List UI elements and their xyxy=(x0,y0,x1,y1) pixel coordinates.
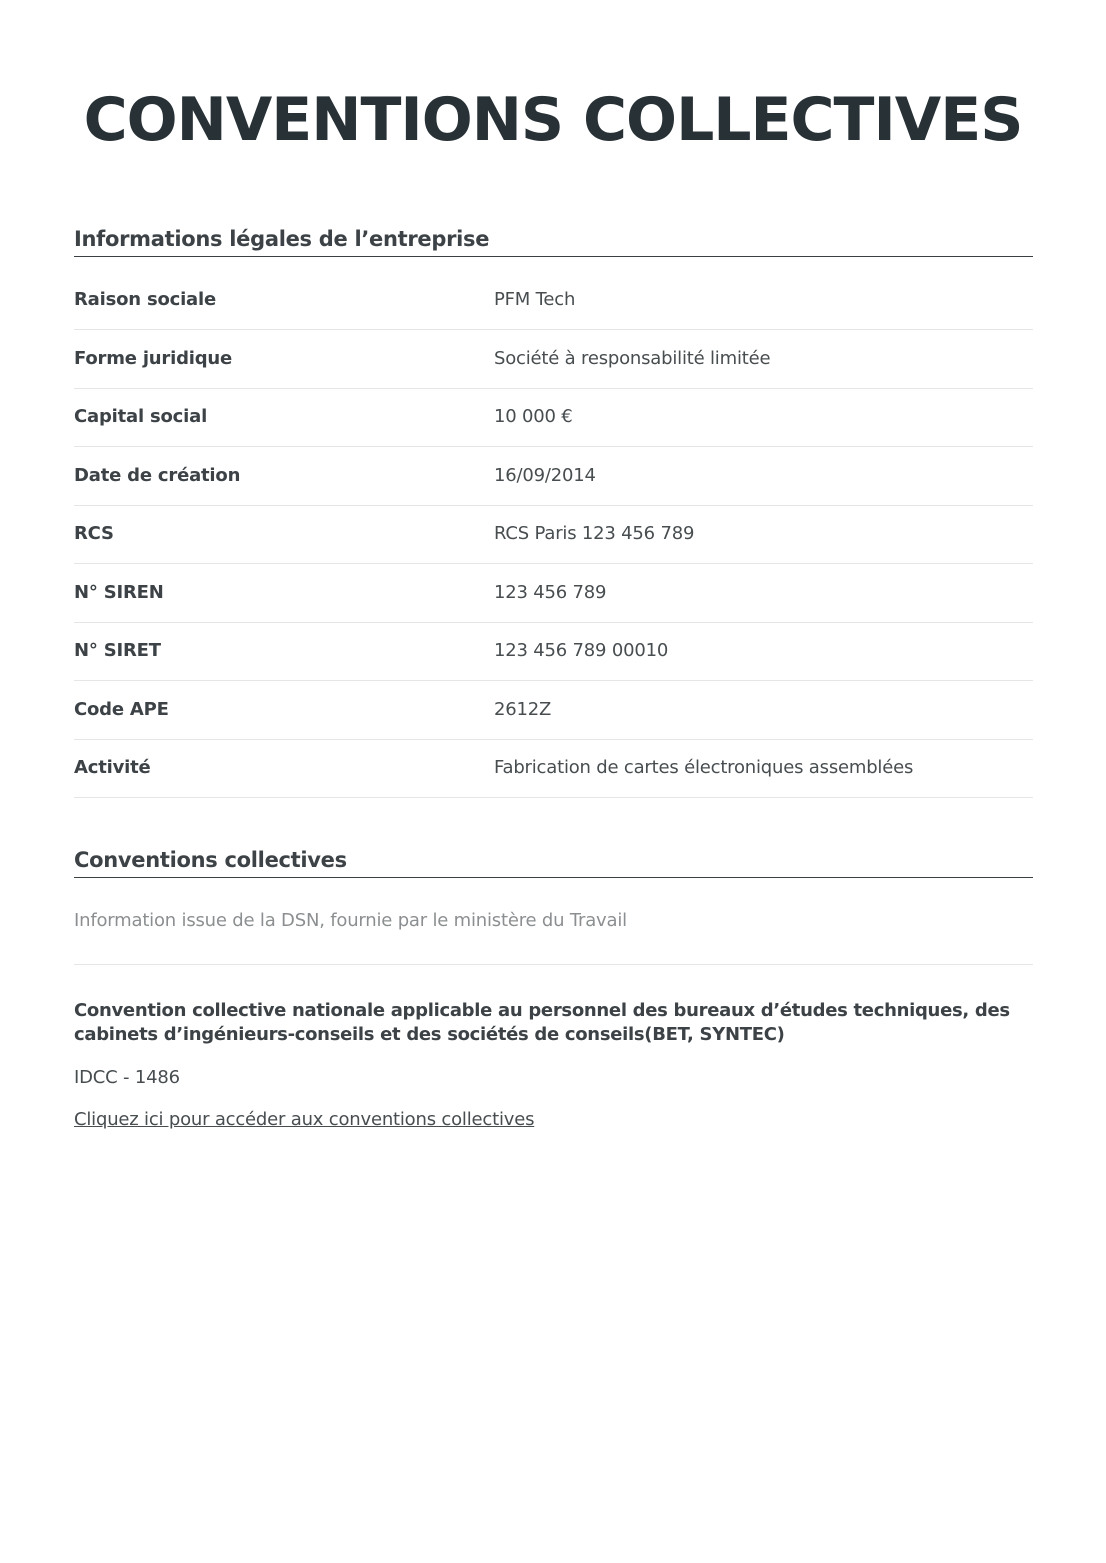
table-row-siret: N° SIRET 123 456 789 00010 xyxy=(74,622,1033,681)
row-label: Date de création xyxy=(74,447,494,506)
legal-info-heading: Informations légales de l’entreprise xyxy=(74,224,1033,257)
row-value: 10 000 € xyxy=(494,388,1033,447)
row-label: N° SIREN xyxy=(74,564,494,623)
page-title: CONVENTIONS COLLECTIVES xyxy=(0,80,1106,160)
table-row-forme-juridique: Forme juridique Société à responsabilité… xyxy=(74,330,1033,389)
table-row-code-ape: Code APE 2612Z xyxy=(74,681,1033,740)
row-label: RCS xyxy=(74,505,494,564)
row-value: 123 456 789 xyxy=(494,564,1033,623)
row-value: Société à responsabilité limitée xyxy=(494,330,1033,389)
row-label: N° SIRET xyxy=(74,622,494,681)
conventions-link[interactable]: Cliquez ici pour accéder aux conventions… xyxy=(74,1108,534,1132)
convention-title: Convention collective nationale applicab… xyxy=(74,999,1094,1047)
conventions-heading: Conventions collectives xyxy=(74,845,1033,878)
conventions-source-caption: Information issue de la DSN, fournie par… xyxy=(74,878,1033,965)
row-value: RCS Paris 123 456 789 xyxy=(494,505,1033,564)
table-row-date-creation: Date de création 16/09/2014 xyxy=(74,447,1033,506)
table-row-raison-sociale: Raison sociale PFM Tech xyxy=(74,271,1033,330)
table-row-siren: N° SIREN 123 456 789 xyxy=(74,564,1033,623)
row-value: 123 456 789 00010 xyxy=(494,622,1033,681)
row-value: Fabrication de cartes électroniques asse… xyxy=(494,739,1033,798)
conventions-section: Conventions collectives Information issu… xyxy=(74,845,1033,965)
row-value: 16/09/2014 xyxy=(494,447,1033,506)
legal-info-section: Informations légales de l’entreprise Rai… xyxy=(74,224,1033,798)
row-label: Raison sociale xyxy=(74,271,494,330)
row-label: Capital social xyxy=(74,388,494,447)
table-row-capital-social: Capital social 10 000 € xyxy=(74,388,1033,447)
legal-info-table: Raison sociale PFM Tech Forme juridique … xyxy=(74,271,1033,798)
table-row-rcs: RCS RCS Paris 123 456 789 xyxy=(74,505,1033,564)
row-value: PFM Tech xyxy=(494,271,1033,330)
row-value: 2612Z xyxy=(494,681,1033,740)
row-label: Forme juridique xyxy=(74,330,494,389)
row-label: Activité xyxy=(74,739,494,798)
table-row-activite: Activité Fabrication de cartes électroni… xyxy=(74,739,1033,798)
row-label: Code APE xyxy=(74,681,494,740)
convention-idcc: IDCC - 1486 xyxy=(74,1066,180,1090)
